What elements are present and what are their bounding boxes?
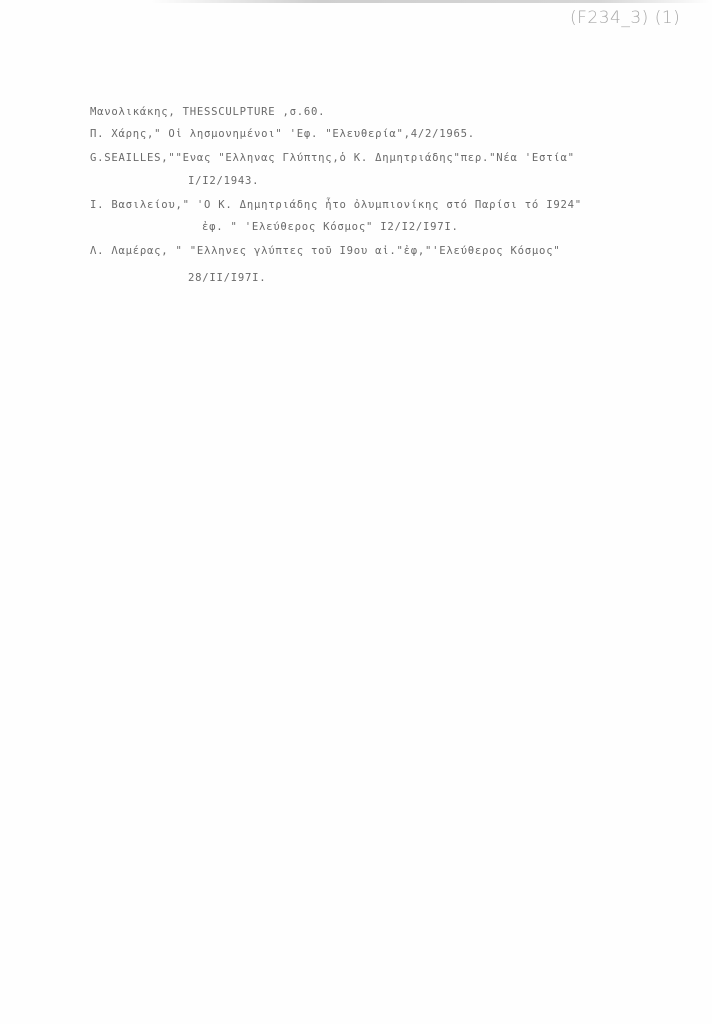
bibliography-entry-1: Μανολικάκης, THESSCULPTURE ,σ.60.: [90, 106, 325, 118]
bibliography-entry-2: Π. Χάρης," Οἱ λησμονημένοι" 'Εφ. "Ελευθε…: [90, 128, 475, 140]
bibliography-entry-4-continuation: ἐφ. " 'Ελεύθερος Κόσμος" I2/I2/I97I.: [202, 221, 459, 233]
bibliography-entry-5-continuation: 28/II/I97I.: [188, 272, 266, 284]
document-page: (F234_3) (1) Μανολικάκης, THESSCULPTURE …: [0, 0, 712, 1024]
bibliography-entry-5: Λ. Λαμέρας, " "Ελληνες γλύπτες τοῦ I9ου …: [90, 245, 560, 257]
bibliography-entry-3-continuation: I/I2/1943.: [188, 175, 259, 187]
handwritten-reference-mark: (F234_3) (1): [570, 8, 680, 28]
paper-edge-shadow: [150, 0, 710, 3]
bibliography-entry-4: I. Βασιλείου," 'Ο Κ. Δημητριάδης ἦτο ὀλυ…: [90, 199, 582, 211]
bibliography-entry-3: G.SEAILLES,""Ενας "Ελληνας Γλύπτης,ὁ Κ. …: [90, 152, 575, 164]
